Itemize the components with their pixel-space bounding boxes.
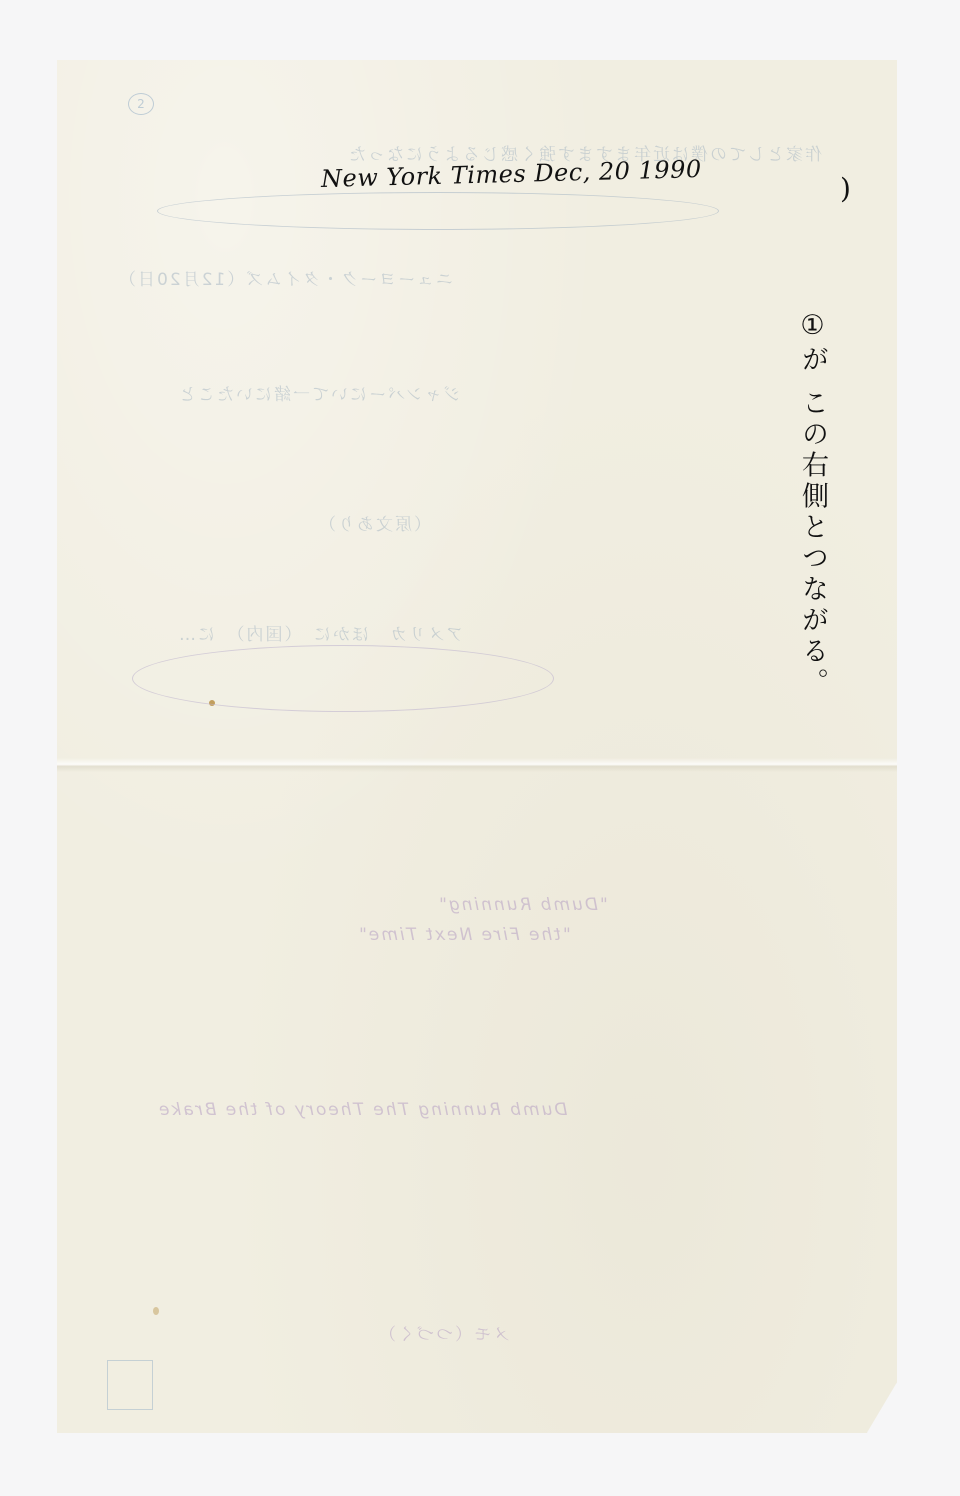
bleed-through-oval (157, 192, 719, 230)
bleed-through-line: "the Fire Next Time" (357, 925, 571, 945)
stain-spot (153, 1307, 159, 1315)
bleed-through-oval (132, 645, 554, 712)
page-number-marker: 2 (128, 93, 154, 115)
margin-note-vertical: ①が この右側とつながる。 (793, 310, 832, 699)
bleed-through-box (107, 1360, 153, 1410)
paper-fold-crease (57, 758, 897, 772)
bleed-through-line: "Dumb Running" (437, 895, 608, 915)
closing-bracket-mark: ) (840, 172, 851, 205)
bleed-through-line: アメリカ ほかに （国内） に… (177, 620, 463, 645)
bleed-through-line: ジャンパーにいて一緒にいたこと (177, 380, 460, 405)
bleed-through-line: メモ（つづく） (377, 1320, 510, 1345)
manuscript-page: 2 作家としての僕は近年ますます強く感じるようになった ニューヨーク・タイムズ（… (57, 60, 897, 1433)
bleed-through-line: Dumb Running The Theory of the Brake (157, 1100, 567, 1120)
bleed-through-line: ニューヨーク・タイムズ（12月20日） (117, 265, 453, 290)
bleed-through-line: （原文あり） (317, 510, 431, 535)
